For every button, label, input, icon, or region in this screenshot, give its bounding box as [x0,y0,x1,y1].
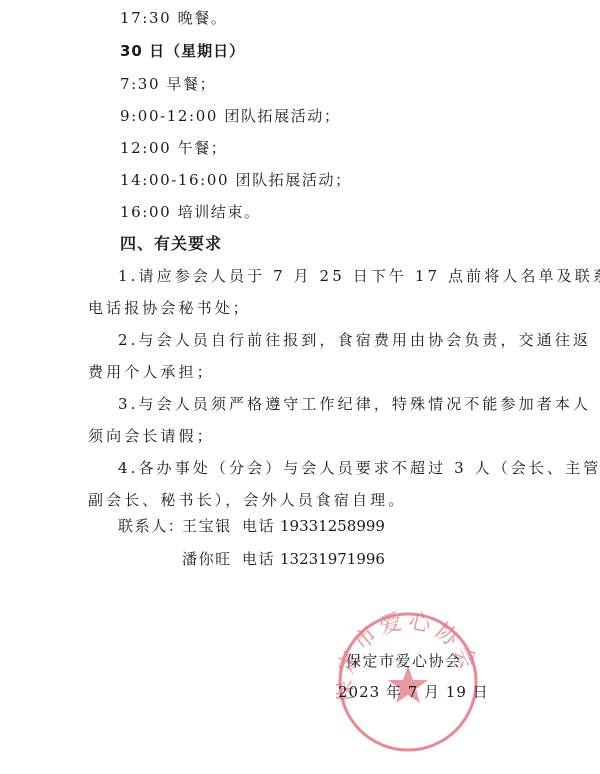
contact-phone: 19331258999 [280,516,385,536]
schedule-item: 16:00 培训结束。 [120,202,261,222]
requirement-item-2-line2: 费用个人承担； [88,362,215,382]
day30-heading: 30 日（星期日） [120,41,245,61]
requirement-item-2-line1: 2.与会人员自行前往报到，食宿费用由协会负责，交通往返 [118,330,591,350]
requirements-heading: 四、有关要求 [120,234,222,254]
contacts-label: 联系人： [118,516,184,536]
signature-organization: 保定市爱心协会 [346,651,462,671]
schedule-dinner: 17:30 晚餐。 [120,8,227,28]
requirement-item-1-line2: 电话报协会秘书处； [88,298,251,318]
requirement-item-3-line1: 3.与会人员须严格遵守工作纪律，特殊情况不能参加者本人 [118,394,591,414]
schedule-item: 12:00 午餐； [120,138,227,158]
contact-phone: 13231971996 [280,549,385,569]
requirement-item-3-line2: 须向会长请假； [88,426,215,446]
contact-phone-label: 电话 [242,516,275,536]
requirement-item-4-line2: 副会长、秘书长），会外人员食宿自理。 [88,490,406,510]
requirement-item-4-line1: 4.各办事处（分会）与会人员要求不超过 3 人（会长、主管 [118,458,600,478]
contact-name: 潘你旺 [182,549,232,569]
schedule-item: 7:30 早餐； [120,74,216,94]
contact-name: 王宝银 [182,516,232,536]
schedule-item: 9:00-12:00 团队拓展活动； [120,106,341,126]
requirement-item-1-line1: 1.请应参会人员于 7 月 25 日下午 17 点前将人名单及联系 [118,266,600,286]
contact-phone-label: 电话 [242,549,275,569]
signature-date: 2023 年 7 月 19 日 [338,682,489,702]
schedule-item: 14:00-16:00 团队拓展活动； [120,170,352,190]
